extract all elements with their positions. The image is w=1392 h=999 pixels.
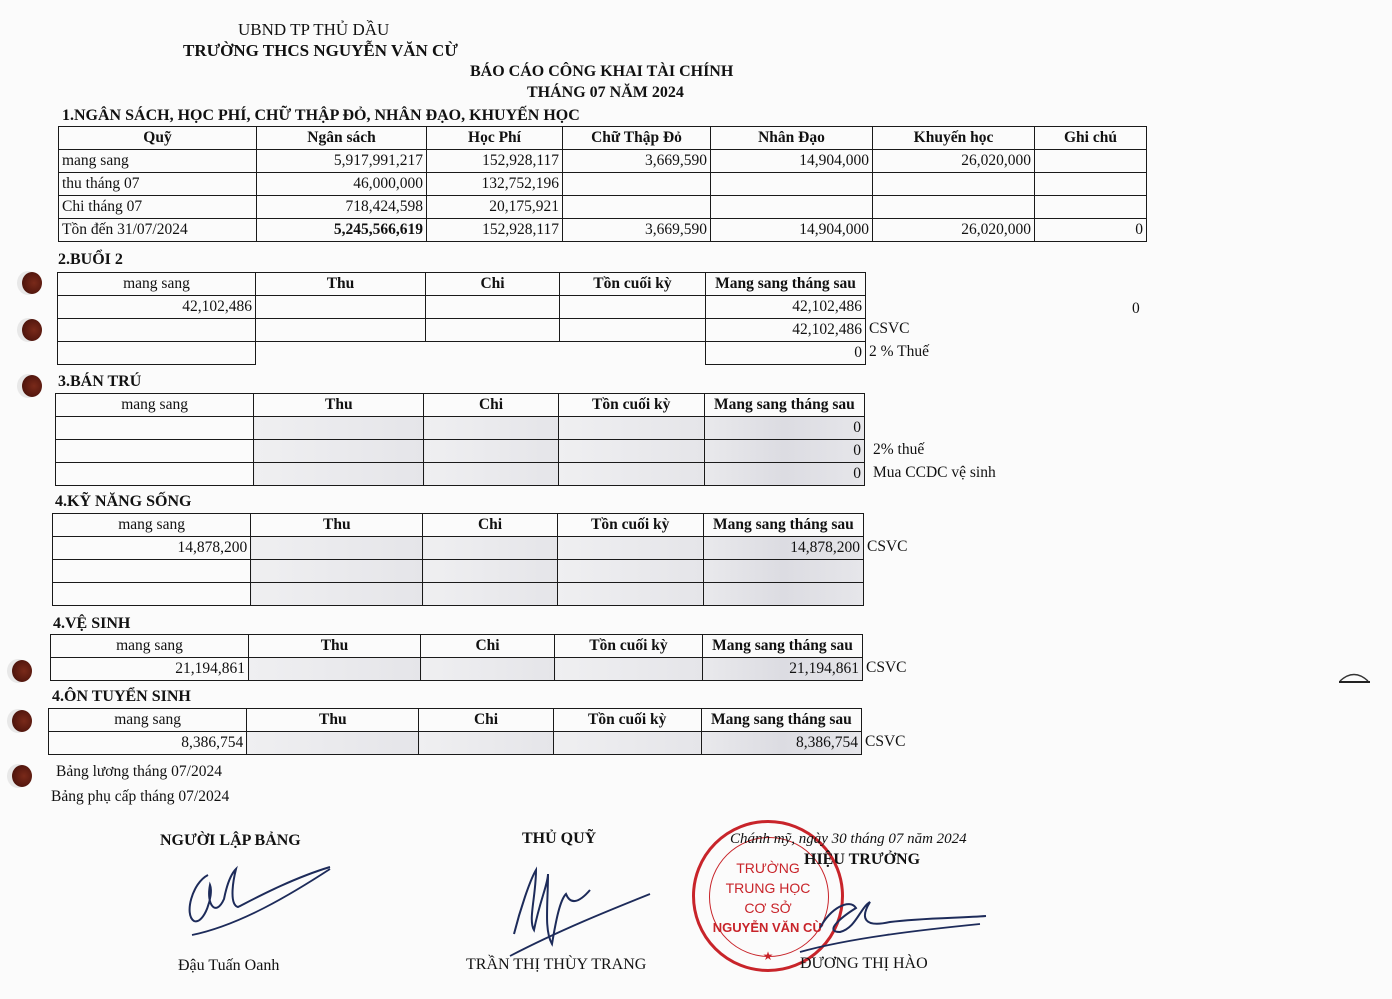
row-label: thu tháng 07 xyxy=(59,173,257,196)
treasurer-name: TRẦN THỊ THÙY TRANG xyxy=(466,956,646,974)
table-cell xyxy=(1035,150,1147,173)
table-row: 0 xyxy=(58,342,866,365)
punch-hole-icon xyxy=(22,272,42,294)
table-cell xyxy=(1035,173,1147,196)
table-row: Tồn đến 31/07/20245,245,566,619152,928,1… xyxy=(59,219,1147,242)
column-header: Nhân Đạo xyxy=(711,127,873,150)
table-cell xyxy=(703,560,863,583)
table-row: 21,194,86121,194,861 xyxy=(51,658,863,681)
column-header: Chi xyxy=(419,709,553,732)
table-cell xyxy=(421,658,555,681)
table-cell xyxy=(703,583,863,606)
table-cell xyxy=(423,583,557,606)
column-header: Tồn cuối kỳ xyxy=(555,635,703,658)
table-cell: 152,928,117 xyxy=(427,219,563,242)
column-header: Thu xyxy=(251,514,423,537)
column-header: Mang sang tháng sau xyxy=(706,273,866,296)
table-row: 42,102,48642,102,486 xyxy=(58,296,866,319)
table-cell xyxy=(558,463,704,486)
column-header: Ngân sách xyxy=(257,127,427,150)
treasurer-signature-icon xyxy=(500,860,660,960)
column-header: Thu xyxy=(256,273,426,296)
table-cell xyxy=(711,196,873,219)
column-header: Thu xyxy=(249,635,421,658)
punch-hole-icon xyxy=(12,765,32,787)
table-row xyxy=(53,560,864,583)
column-header: Thu xyxy=(247,709,419,732)
column-header: Chữ Thập Đỏ xyxy=(563,127,711,150)
table-cell xyxy=(423,537,557,560)
table-cell xyxy=(555,658,703,681)
table-cell: 3,669,590 xyxy=(563,150,711,173)
punch-hole-icon xyxy=(22,375,42,397)
table-cell xyxy=(426,319,560,342)
school-name: TRƯỜNG THCS NGUYỄN VĂN CỪ xyxy=(183,41,458,61)
principal-title: HIỆU TRƯỞNG xyxy=(804,851,920,869)
table-cell xyxy=(256,319,426,342)
table-cell xyxy=(56,440,254,463)
on-tuyen-sinh-table: mang sangThuChiTồn cuối kỳMang sang thán… xyxy=(48,708,862,755)
principal-name: ĐƯƠNG THỊ HÀO xyxy=(800,955,928,973)
table-cell xyxy=(251,537,423,560)
column-header: Tồn cuối kỳ xyxy=(560,273,706,296)
issuing-authority: UBND TP THỦ DẦU xyxy=(238,20,389,40)
table-cell xyxy=(419,732,553,755)
table-cell: 3,669,590 xyxy=(563,219,711,242)
table-cell xyxy=(56,463,254,486)
column-header: Ghi chú xyxy=(1035,127,1147,150)
table-cell xyxy=(58,319,256,342)
column-header: Tồn cuối kỳ xyxy=(558,394,704,417)
column-header: Học Phí xyxy=(427,127,563,150)
table-cell: 46,000,000 xyxy=(257,173,427,196)
stray-value: 0 xyxy=(1132,300,1140,318)
table-cell: 8,386,754 xyxy=(49,732,247,755)
column-header: mang sang xyxy=(53,514,251,537)
row-note: CSVC xyxy=(869,320,910,338)
table-cell xyxy=(424,417,558,440)
punch-hole-icon xyxy=(22,319,42,341)
table-cell xyxy=(553,732,701,755)
table-cell xyxy=(254,417,424,440)
table-cell xyxy=(58,342,256,365)
column-header: Mang sang tháng sau xyxy=(703,635,863,658)
table-cell xyxy=(560,296,706,319)
table-cell xyxy=(256,296,426,319)
ban-tru-table: mang sangThuChiTồn cuối kỳMang sang thán… xyxy=(55,393,865,486)
table-row: mang sang5,917,991,217152,928,1173,669,5… xyxy=(59,150,1147,173)
table-header-row: mang sangThuChiTồn cuối kỳMang sang thán… xyxy=(51,635,863,658)
column-header: Mang sang tháng sau xyxy=(704,394,864,417)
table-cell xyxy=(1035,196,1147,219)
section-3-title: 3.BÁN TRÚ xyxy=(58,373,141,391)
table-cell xyxy=(247,732,419,755)
table-cell: 42,102,486 xyxy=(58,296,256,319)
row-note: 2 % Thuế xyxy=(869,343,929,361)
table-cell: 0 xyxy=(1035,219,1147,242)
table-cell xyxy=(873,173,1035,196)
column-header: Khuyến học xyxy=(873,127,1035,150)
table-row: 0 xyxy=(56,417,865,440)
table-cell: 132,752,196 xyxy=(427,173,563,196)
principal-signature-icon xyxy=(760,888,990,958)
table-cell: 21,194,861 xyxy=(703,658,863,681)
attachment-payroll: Bảng lương tháng 07/2024 xyxy=(56,763,222,781)
ky-nang-song-table: mang sangThuChiTồn cuối kỳMang sang thán… xyxy=(52,513,864,606)
table-header-row: mang sangThuChiTồn cuối kỳMang sang thán… xyxy=(56,394,865,417)
row-label: Chi tháng 07 xyxy=(59,196,257,219)
table-cell: 14,904,000 xyxy=(711,219,873,242)
table-row: 0 xyxy=(56,463,865,486)
table-cell xyxy=(251,560,423,583)
punch-hole-icon xyxy=(12,660,32,682)
column-header: mang sang xyxy=(51,635,249,658)
row-note: CSVC xyxy=(865,733,906,751)
table-cell xyxy=(558,417,704,440)
table-cell: 718,424,598 xyxy=(257,196,427,219)
table-header-row: mang sangThuChiTồn cuối kỳMang sang thán… xyxy=(58,273,866,296)
table-cell xyxy=(254,463,424,486)
table-cell: 5,917,991,217 xyxy=(257,150,427,173)
table-cell xyxy=(557,537,703,560)
table-cell xyxy=(560,342,706,365)
table-cell xyxy=(423,560,557,583)
table-cell: 0 xyxy=(706,342,866,365)
treasurer-title: THỦ QUỸ xyxy=(522,830,596,848)
table-cell xyxy=(254,440,424,463)
table-cell: 5,245,566,619 xyxy=(257,219,427,242)
table-cell: 14,904,000 xyxy=(711,150,873,173)
table-cell xyxy=(424,440,558,463)
ve-sinh-table: mang sangThuChiTồn cuối kỳMang sang thán… xyxy=(50,634,863,681)
row-note: Mua CCDC vệ sinh xyxy=(873,464,996,482)
table-cell xyxy=(426,342,560,365)
table-header-row: QuỹNgân sáchHọc PhíChữ Thập ĐỏNhân ĐạoKh… xyxy=(59,127,1147,150)
section-5-title: 4.VỆ SINH xyxy=(53,615,130,633)
table-cell xyxy=(256,342,426,365)
table-cell: 26,020,000 xyxy=(873,150,1035,173)
table-row: Chi tháng 07718,424,59820,175,921 xyxy=(59,196,1147,219)
table-row: 14,878,20014,878,200 xyxy=(53,537,864,560)
table-cell xyxy=(873,196,1035,219)
preparer-signature-icon xyxy=(180,855,340,945)
date-line: Chánh mỹ, ngày 30 tháng 07 năm 2024 xyxy=(730,831,967,848)
table-cell xyxy=(557,560,703,583)
table-cell: 20,175,921 xyxy=(427,196,563,219)
table-row: 0 xyxy=(56,440,865,463)
column-header: Mang sang tháng sau xyxy=(701,709,861,732)
table-cell: 21,194,861 xyxy=(51,658,249,681)
table-row: 8,386,7548,386,754 xyxy=(49,732,862,755)
table-cell: 0 xyxy=(704,417,864,440)
section-4-title: 4.KỸ NĂNG SỐNG xyxy=(55,493,191,511)
table-row: thu tháng 0746,000,000132,752,196 xyxy=(59,173,1147,196)
table-row: 42,102,486 xyxy=(58,319,866,342)
table-cell: 42,102,486 xyxy=(706,296,866,319)
table-cell: 8,386,754 xyxy=(701,732,861,755)
budget-table: QuỹNgân sáchHọc PhíChữ Thập ĐỏNhân ĐạoKh… xyxy=(58,126,1147,242)
buoi2-table: mang sangThuChiTồn cuối kỳMang sang thán… xyxy=(57,272,866,365)
section-1-title: 1.NGÂN SÁCH, HỌC PHÍ, CHỮ THẬP ĐỎ, NHÂN … xyxy=(62,107,580,125)
table-header-row: mang sangThuChiTồn cuối kỳMang sang thán… xyxy=(49,709,862,732)
attachment-allowance: Bảng phụ cấp tháng 07/2024 xyxy=(51,788,229,806)
table-cell xyxy=(563,196,711,219)
table-cell xyxy=(249,658,421,681)
table-cell: 14,878,200 xyxy=(53,537,251,560)
report-title: BÁO CÁO CÔNG KHAI TÀI CHÍNH xyxy=(470,63,733,81)
table-cell: 152,928,117 xyxy=(427,150,563,173)
column-header: Quỹ xyxy=(59,127,257,150)
column-header: Tồn cuối kỳ xyxy=(553,709,701,732)
table-cell xyxy=(557,583,703,606)
preparer-name: Đậu Tuấn Oanh xyxy=(178,957,279,975)
table-cell: 26,020,000 xyxy=(873,219,1035,242)
row-note: 2% thuế xyxy=(873,441,924,459)
scan-artifact-icon xyxy=(1336,668,1372,684)
table-cell xyxy=(558,440,704,463)
punch-hole-icon xyxy=(12,710,32,732)
column-header: Chi xyxy=(424,394,558,417)
column-header: Tồn cuối kỳ xyxy=(557,514,703,537)
table-cell xyxy=(53,560,251,583)
table-cell: 0 xyxy=(704,440,864,463)
table-cell: 14,878,200 xyxy=(703,537,863,560)
table-cell xyxy=(251,583,423,606)
table-cell: 0 xyxy=(704,463,864,486)
preparer-title: NGƯỜI LẬP BẢNG xyxy=(160,832,301,850)
table-cell xyxy=(560,319,706,342)
column-header: mang sang xyxy=(58,273,256,296)
table-cell xyxy=(563,173,711,196)
row-note: CSVC xyxy=(866,659,907,677)
column-header: Chi xyxy=(426,273,560,296)
row-label: Tồn đến 31/07/2024 xyxy=(59,219,257,242)
column-header: mang sang xyxy=(49,709,247,732)
row-label: mang sang xyxy=(59,150,257,173)
report-period: THÁNG 07 NĂM 2024 xyxy=(527,84,684,102)
table-cell xyxy=(424,463,558,486)
table-cell xyxy=(56,417,254,440)
row-note: CSVC xyxy=(867,538,908,556)
column-header: mang sang xyxy=(56,394,254,417)
table-cell: 42,102,486 xyxy=(706,319,866,342)
column-header: Mang sang tháng sau xyxy=(703,514,863,537)
column-header: Chi xyxy=(421,635,555,658)
section-2-title: 2.BUỔI 2 xyxy=(58,251,123,269)
table-cell xyxy=(53,583,251,606)
table-row xyxy=(53,583,864,606)
table-cell xyxy=(426,296,560,319)
table-cell xyxy=(711,173,873,196)
column-header: Thu xyxy=(254,394,424,417)
column-header: Chi xyxy=(423,514,557,537)
section-6-title: 4.ÔN TUYỂN SINH xyxy=(52,688,191,706)
table-header-row: mang sangThuChiTồn cuối kỳMang sang thán… xyxy=(53,514,864,537)
